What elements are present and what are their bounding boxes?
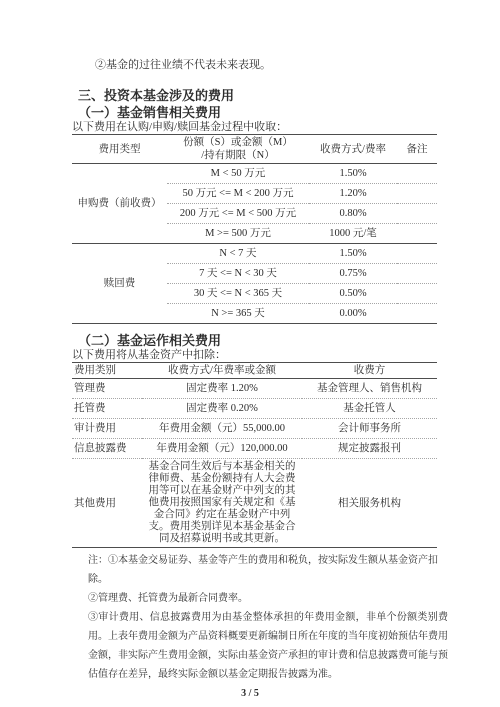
category-cell: 信息披露费 xyxy=(72,439,142,459)
footnotes: 注：①本基金交易证券、基金等产生的费用和税负，按实际发生额从基金资产扣除。 ②管… xyxy=(88,551,448,684)
redemption-fee-row: 赎回费 N < 7 天 1.50% xyxy=(72,244,437,264)
remark-cell xyxy=(397,204,437,224)
remark-cell xyxy=(397,224,437,244)
subsection-heading-operation-fees: （二）基金运作相关费用 xyxy=(78,332,440,349)
method-cell: 年费用金额（元）55,000.00 xyxy=(142,419,302,439)
document-page: ②基金的过往业绩不代表未来表现。 三、投资本基金涉及的费用 （一）基金销售相关费… xyxy=(0,0,500,707)
fee-type-cell-redemption: 赎回费 xyxy=(72,244,167,324)
operation-fee-row-disclosure: 信息披露费 年费用金额（元）120,000.00 规定披露报刊 xyxy=(72,439,437,459)
header-payee: 收费方 xyxy=(302,363,437,379)
rate-cell: 1.50% xyxy=(309,244,397,264)
rate-cell: 0.50% xyxy=(309,284,397,304)
method-cell: 固定费率 0.20% xyxy=(142,399,302,419)
subscription-fee-row: 申购费（前收费） M < 50 万元 1.50% xyxy=(72,164,437,184)
remark-cell xyxy=(397,184,437,204)
condition-cell: M < 50 万元 xyxy=(167,164,309,184)
payee-cell: 规定披露报刊 xyxy=(302,439,437,459)
category-cell: 托管费 xyxy=(72,399,142,419)
sales-fee-table: 费用类型 份额（S）或金额（M） /持有期限（N） 收费方式/费率 备注 申购费… xyxy=(72,134,437,324)
payee-cell: 基金管理人、销售机构 xyxy=(302,379,437,399)
remark-cell xyxy=(397,304,437,324)
category-cell: 其他费用 xyxy=(72,459,142,548)
operation-fee-row-other: 其他费用 基金合同生效后与本基金相关的律师费、基金份额持有人大会费用等可以在基金… xyxy=(72,459,437,548)
rate-cell: 0.75% xyxy=(309,264,397,284)
category-cell: 审计费用 xyxy=(72,419,142,439)
footnote-2: ②管理费、托管费为最新合同费率。 xyxy=(88,589,448,608)
rate-cell: 1.20% xyxy=(309,184,397,204)
page-number: 3 / 5 xyxy=(0,687,500,700)
condition-cell: N >= 365 天 xyxy=(167,304,309,324)
sales-fee-header-row: 费用类型 份额（S）或金额（M） /持有期限（N） 收费方式/费率 备注 xyxy=(72,135,437,164)
remark-cell xyxy=(397,264,437,284)
remark-cell xyxy=(397,164,437,184)
condition-cell: 200 万元 <= M < 500 万元 xyxy=(167,204,309,224)
past-performance-note: ②基金的过往业绩不代表未来表现。 xyxy=(95,58,440,72)
operation-fee-row-custody: 托管费 固定费率 0.20% 基金托管人 xyxy=(72,399,437,419)
rate-cell: 0.80% xyxy=(309,204,397,224)
operation-fee-table: 费用类别 收费方式/年费率或金额 收费方 管理费 固定费率 1.20% 基金管理… xyxy=(72,362,437,548)
operation-fee-row-management: 管理费 固定费率 1.20% 基金管理人、销售机构 xyxy=(72,379,437,399)
category-cell: 管理费 xyxy=(72,379,142,399)
remark-cell xyxy=(397,244,437,264)
header-share-amount-line2: /持有期限（N） xyxy=(167,149,309,162)
subsection-heading-sales-fees: （一）基金销售相关费用 xyxy=(78,104,440,121)
operation-fee-row-audit: 审计费用 年费用金额（元）55,000.00 会计师事务所 xyxy=(72,419,437,439)
header-remark: 备注 xyxy=(397,135,437,164)
payee-cell: 相关服务机构 xyxy=(302,459,437,548)
footnote-1: 注：①本基金交易证券、基金等产生的费用和税负，按实际发生额从基金资产扣除。 xyxy=(88,551,448,589)
condition-cell: 7 天 <= N < 30 天 xyxy=(167,264,309,284)
rate-cell: 1000 元/笔 xyxy=(309,224,397,244)
method-cell: 年费用金额（元）120,000.00 xyxy=(142,439,302,459)
operation-fees-description: 以下费用将从基金资产中扣除： xyxy=(72,349,440,362)
section-heading-fees: 三、投资本基金涉及的费用 xyxy=(78,87,440,104)
header-fee-type: 费用类型 xyxy=(72,135,167,164)
condition-cell: M >= 500 万元 xyxy=(167,224,309,244)
fee-type-cell-subscription: 申购费（前收费） xyxy=(72,164,167,244)
condition-cell: N < 7 天 xyxy=(167,244,309,264)
payee-cell: 基金托管人 xyxy=(302,399,437,419)
header-share-amount-line1: 份额（S）或金额（M） xyxy=(167,136,309,149)
condition-cell: 30 天 <= N < 365 天 xyxy=(167,284,309,304)
header-fee-category: 费用类别 xyxy=(72,363,142,379)
payee-cell: 会计师事务所 xyxy=(302,419,437,439)
rate-cell: 1.50% xyxy=(309,164,397,184)
header-charge-method-or-amount: 收费方式/年费率或金额 xyxy=(142,363,302,379)
condition-cell: 50 万元 <= M < 200 万元 xyxy=(167,184,309,204)
method-cell: 基金合同生效后与本基金相关的律师费、基金份额持有人大会费用等可以在基金财产中列支… xyxy=(142,459,302,548)
method-cell: 固定费率 1.20% xyxy=(142,379,302,399)
remark-cell xyxy=(397,284,437,304)
header-charge-method: 收费方式/费率 xyxy=(309,135,397,164)
header-share-amount: 份额（S）或金额（M） /持有期限（N） xyxy=(167,135,309,164)
footnote-3: ③审计费用、信息披露费用为由基金整体承担的年费用金额，非单个份额类别费用。上表年… xyxy=(88,608,448,684)
sales-fees-description: 以下费用在认购/申购/赎回基金过程中收取： xyxy=(72,121,440,134)
rate-cell: 0.00% xyxy=(309,304,397,324)
operation-fee-header-row: 费用类别 收费方式/年费率或金额 收费方 xyxy=(72,363,437,379)
